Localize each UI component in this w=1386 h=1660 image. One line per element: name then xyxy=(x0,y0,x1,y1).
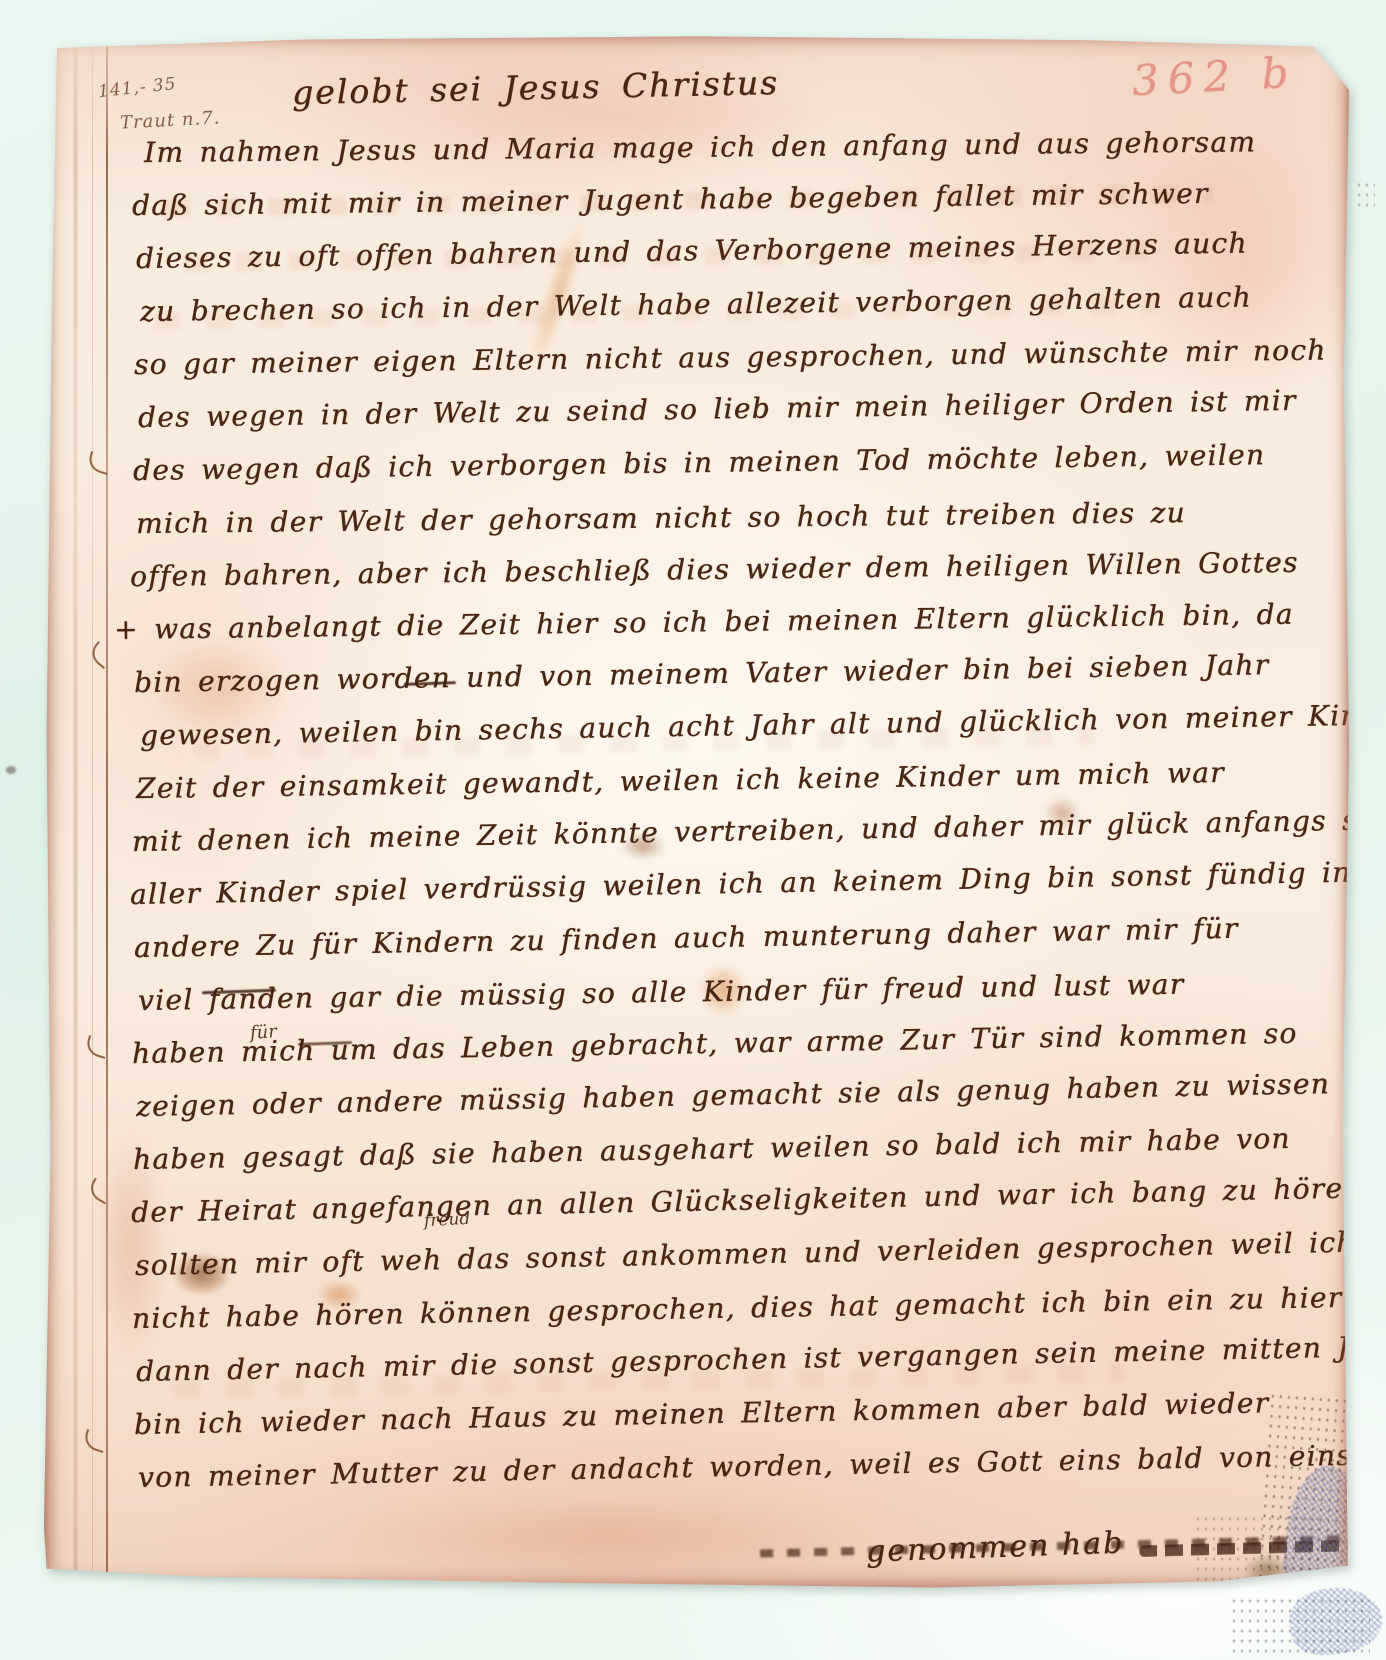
interlinear-insertion: freud xyxy=(424,1209,471,1231)
red-folio-number: 362 b xyxy=(1131,48,1299,106)
interlinear-insertion: für xyxy=(249,1021,277,1044)
binding-stitch-thread xyxy=(86,1178,114,1205)
manuscript-paper: 141,- 35 Traut n.7. 362 b gelobt sei Jes… xyxy=(44,34,1349,1589)
binding-stitch-thread xyxy=(86,451,112,475)
paper-stain xyxy=(1242,1554,1292,1588)
binding-crease xyxy=(74,34,77,1589)
paper-stain xyxy=(344,1496,864,1576)
binding-stitch-thread xyxy=(82,1429,108,1453)
manuscript-text-block: Im nahmen Jesus und Maria mage ich den a… xyxy=(130,126,1335,1504)
inventory-annotation: 141,- 35 xyxy=(97,74,177,102)
manuscript-heading: gelobt sei Jesus Christus xyxy=(292,63,780,112)
binding-fold-line xyxy=(106,34,108,1589)
paper-sheet-wrapper: 141,- 35 Traut n.7. 362 b gelobt sei Jes… xyxy=(0,0,1386,1660)
scanned-manuscript-page: { "annotations": { "inventory_note": "14… xyxy=(0,0,1386,1660)
binding-crease-inner xyxy=(92,34,93,1589)
